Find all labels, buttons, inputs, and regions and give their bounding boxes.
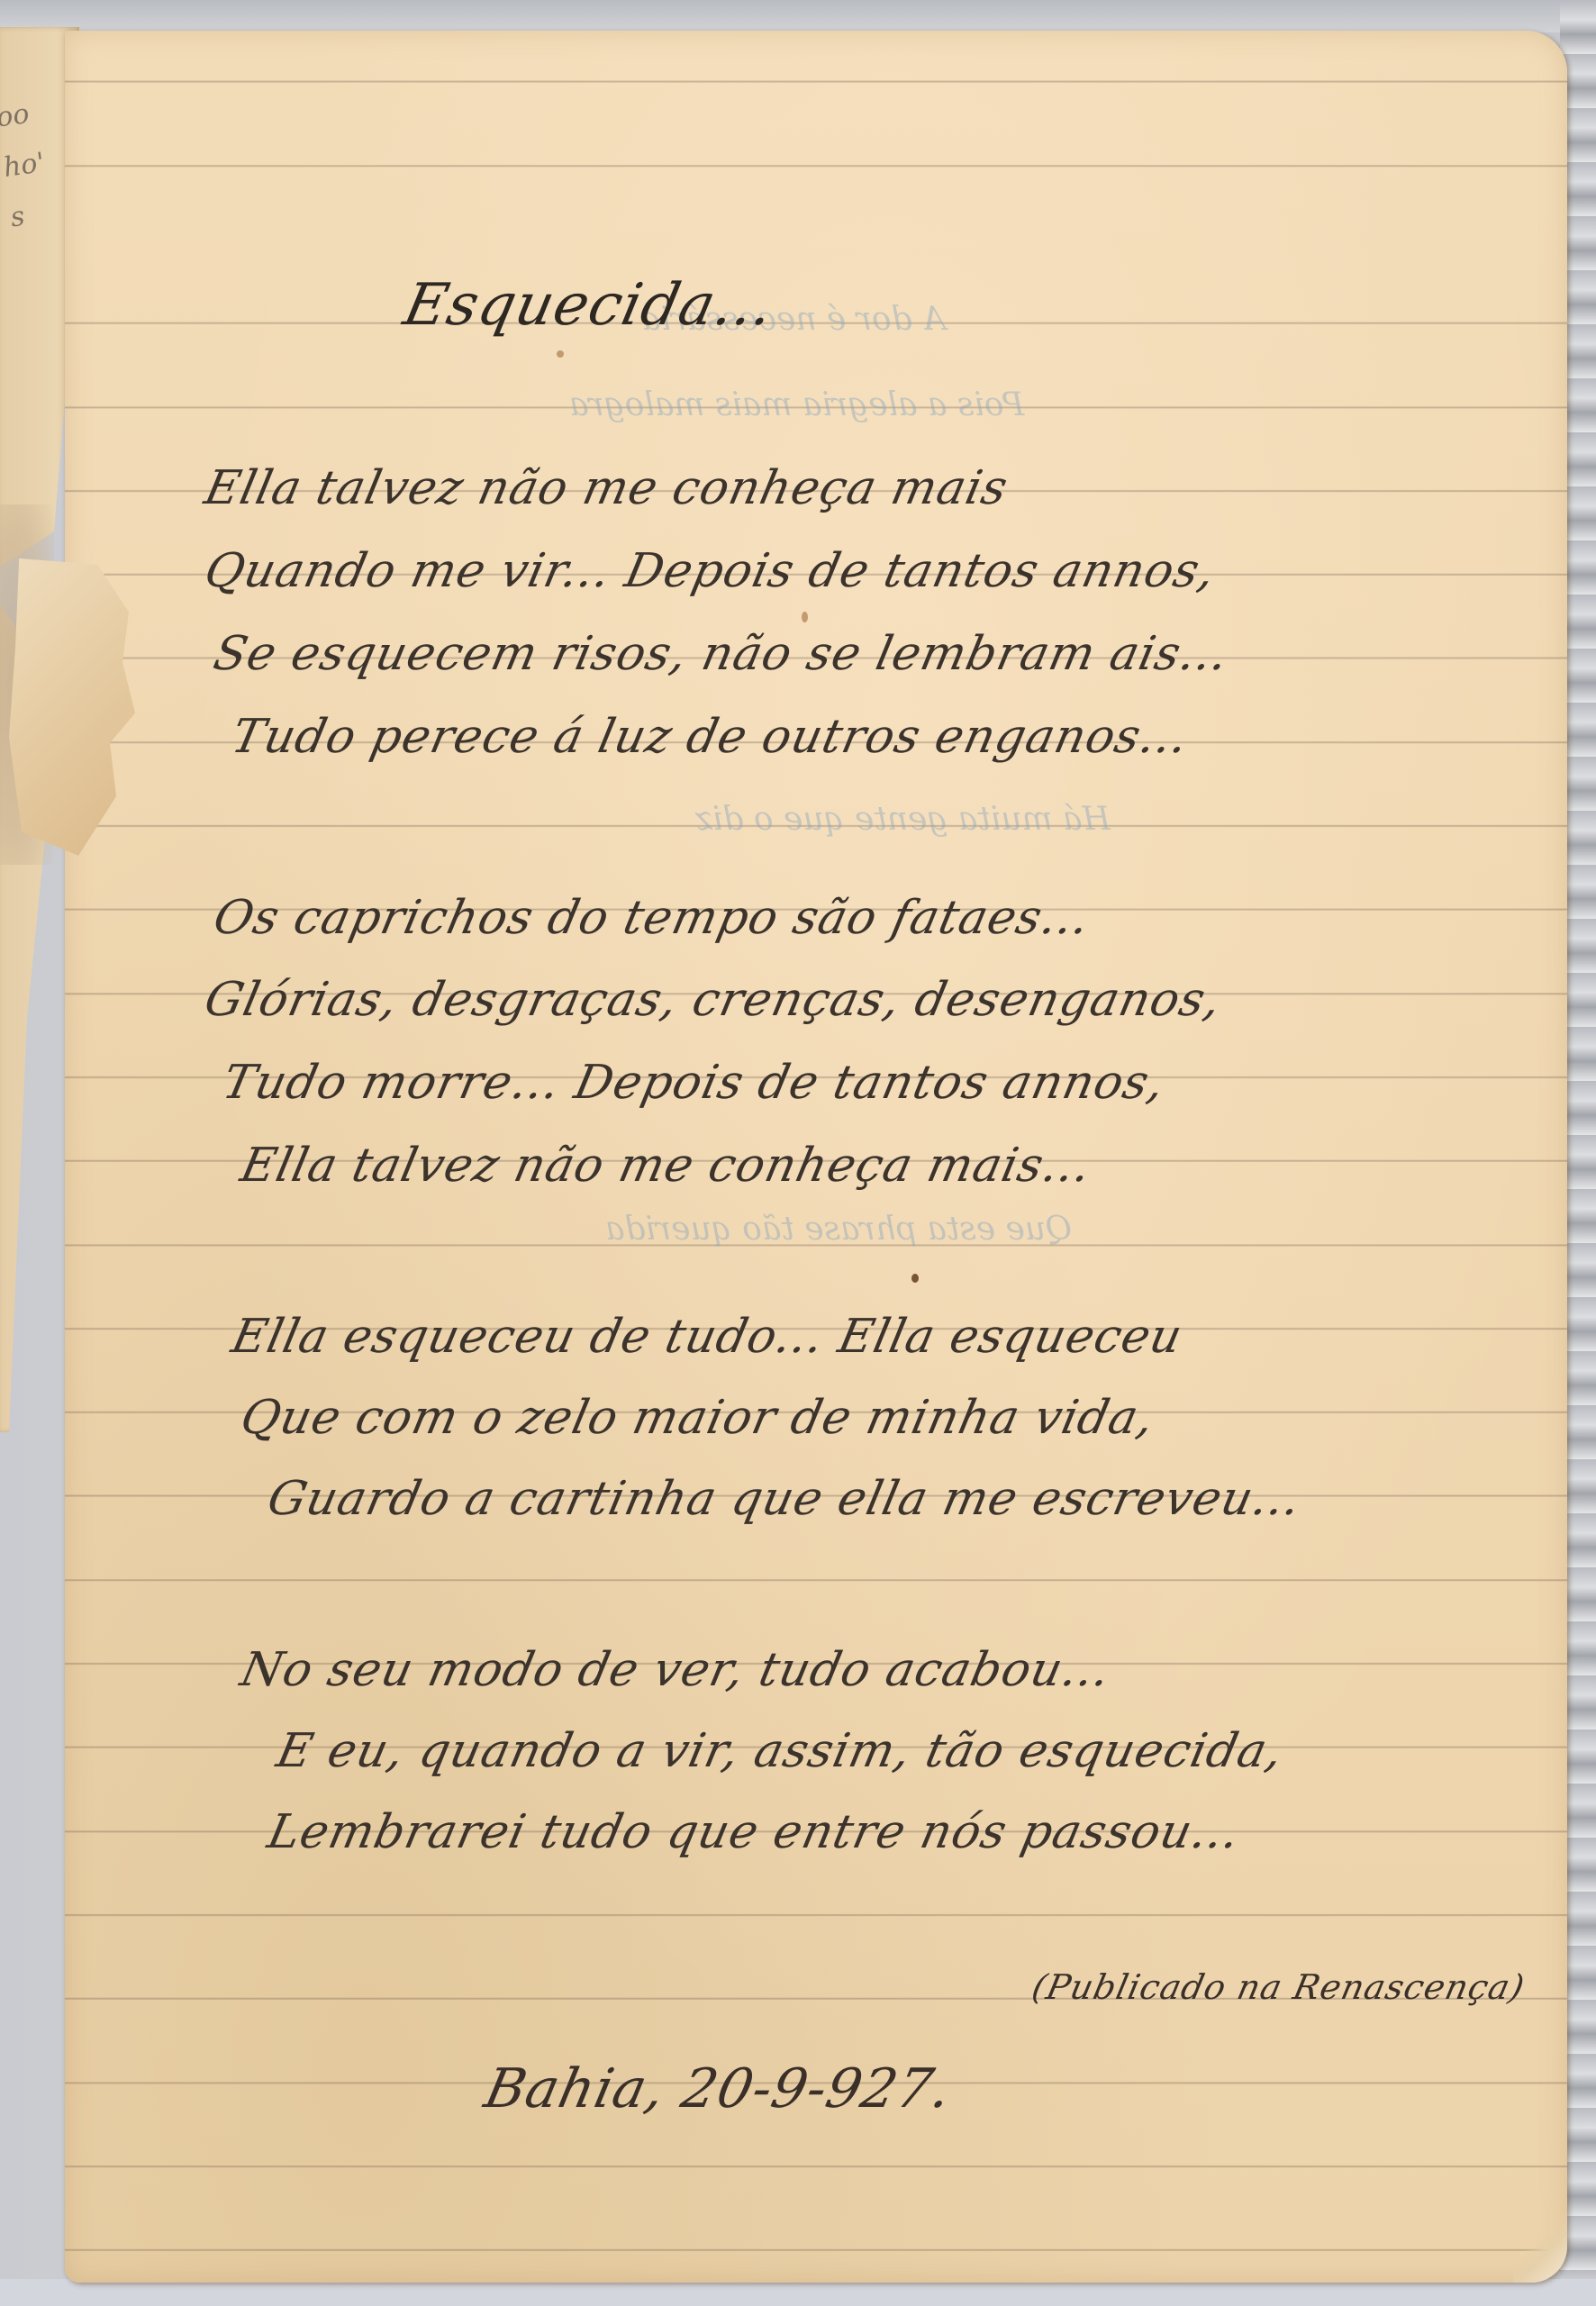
verse-line: E eu, quando a vir, assim, tão esquecida… bbox=[272, 1724, 1288, 1778]
verse-line: Se esquecem risos, não se lembram ais... bbox=[209, 627, 1234, 681]
verse-line: Tudo perece á luz de outros enganos... bbox=[227, 710, 1193, 764]
verse-line: Os caprichos do tempo são fataes... bbox=[209, 891, 1095, 945]
verse-line: Ella talvez não me conheça mais... bbox=[236, 1139, 1096, 1193]
scan-background-bottom bbox=[0, 2279, 1596, 2306]
verse-line: Que com o zelo maior de minha vida, bbox=[236, 1391, 1159, 1445]
verse-line: Guardo a cartinha que ella me escreveu..… bbox=[263, 1472, 1306, 1526]
previous-page-text-line: oo bbox=[0, 88, 41, 144]
verse-line: Glórias, desgraças, crenças, desenganos, bbox=[200, 973, 1227, 1027]
publication-note: (Publicado na Renascença) bbox=[1029, 1967, 1528, 2007]
verse-line: Ella esqueceu de tudo... Ella esqueceu bbox=[227, 1310, 1187, 1364]
ink-stain bbox=[802, 612, 808, 622]
bleed-through-line: Pois a alegria mais malogra bbox=[569, 386, 1024, 423]
notebook-page: A dor é necessária Pois a alegria mais m… bbox=[65, 31, 1567, 2283]
ink-stain bbox=[911, 1274, 919, 1283]
bleed-through-line: Que esta phrase tão querida bbox=[605, 1211, 1073, 1248]
bleed-through-line: Há muita gente que o diz bbox=[695, 801, 1111, 838]
ink-stain bbox=[557, 350, 564, 358]
verse-line: Lembrarei tudo que entre nós passou... bbox=[263, 1805, 1245, 1859]
previous-page-text: oo ho' s bbox=[0, 88, 55, 244]
previous-page-text-line: ho' bbox=[0, 138, 48, 194]
place-date: Bahia, 20-9-927. bbox=[479, 2057, 957, 2120]
verse-line: Tudo morre... Depois de tantos annos, bbox=[218, 1056, 1170, 1110]
page-corner-wear bbox=[1513, 2211, 1567, 2283]
verse-line: Quando me vir... Depois de tantos annos, bbox=[200, 544, 1220, 598]
previous-page-text-line: s bbox=[7, 188, 55, 244]
verse-line: Ella talvez não me conheça mais bbox=[200, 461, 1013, 515]
scan-background-top bbox=[0, 0, 1596, 32]
verse-line: No seu modo de ver, tudo acabou... bbox=[236, 1643, 1116, 1697]
poem-title: Esquecida... bbox=[398, 272, 780, 339]
